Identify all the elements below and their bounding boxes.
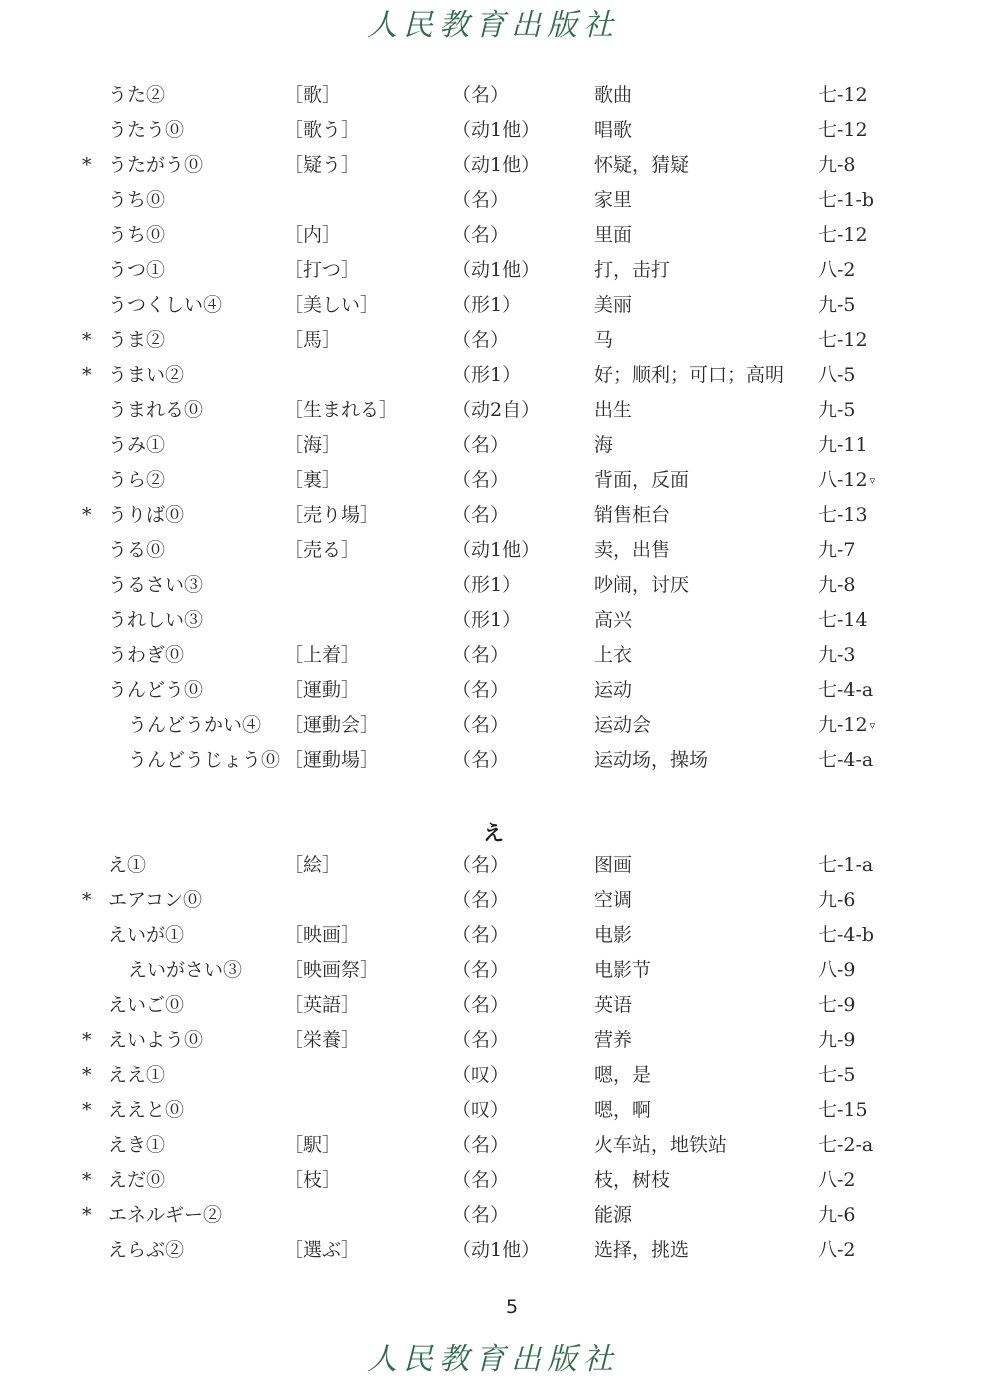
entry-reading: うら② (108, 463, 165, 498)
lesson-ref-text: 九-8 (818, 574, 856, 596)
entry-meaning: 背面，反面 (594, 463, 689, 498)
entry-kanji: ［歌］ (284, 78, 341, 113)
entry-part-of-speech: （形1） (452, 568, 521, 603)
entry-reading: うまい② (108, 358, 184, 393)
entry-kanji: ［運動場］ (284, 743, 379, 778)
lesson-ref-text: 九-8 (818, 154, 856, 176)
vocab-entry: えいが①［映画］（名）电影七-4-b (0, 918, 986, 953)
entry-lesson-ref: 九-5 (818, 288, 856, 323)
entry-reading: うんどうじょう⓪ (128, 743, 280, 778)
entry-part-of-speech: （名） (452, 1198, 509, 1233)
lesson-ref-text: 七-12 (818, 84, 868, 106)
entry-meaning: 嗯，啊 (594, 1093, 651, 1128)
vocab-entry: うみ①［海］（名）海九-11 (0, 428, 986, 463)
entry-part-of-speech: （名） (452, 848, 509, 883)
entry-meaning: 打，击打 (594, 253, 670, 288)
entry-meaning: 图画 (594, 848, 632, 883)
entry-lesson-ref: 九-8 (818, 568, 856, 603)
entry-meaning: 枝，树枝 (594, 1163, 670, 1198)
vocab-entry: え①［絵］（名）图画七-1-a (0, 848, 986, 883)
entry-lesson-ref: 七-1-b (818, 183, 874, 218)
entry-reading: うりば⓪ (108, 498, 184, 533)
vocab-entry: うわぎ⓪［上着］（名）上衣九-3 (0, 638, 986, 673)
vocab-entry: うるさい③（形1）吵闹，讨厌九-8 (0, 568, 986, 603)
section-heading: え (0, 778, 986, 848)
entry-lesson-ref: 八-2 (818, 1233, 856, 1268)
entry-kanji: ［枝］ (284, 1163, 341, 1198)
entry-kanji: ［映画祭］ (284, 953, 379, 988)
entry-reading: えき① (108, 1128, 165, 1163)
entry-part-of-speech: （名） (452, 638, 509, 673)
entry-lesson-ref: 九-7 (818, 533, 856, 568)
entry-meaning: 美丽 (594, 288, 632, 323)
new-word-marker: * (82, 883, 92, 918)
entry-reading: えらぶ② (108, 1233, 184, 1268)
lesson-ref-text: 九-12 (818, 714, 868, 736)
lesson-ref-text: 七-15 (818, 1099, 868, 1121)
new-word-marker: * (82, 1023, 92, 1058)
entry-kanji: ［打つ］ (284, 253, 360, 288)
vocab-entry: うんどうじょう⓪［運動場］（名）运动场，操场七-4-a (0, 743, 986, 778)
lesson-ref-text: 七-4-b (818, 924, 874, 946)
entry-reading: ええ① (108, 1058, 165, 1093)
entry-part-of-speech: （形1） (452, 358, 521, 393)
entry-part-of-speech: （叹） (452, 1093, 509, 1128)
vocab-entry: うち⓪［内］（名）里面七-12 (0, 218, 986, 253)
vocab-entry: *えだ⓪［枝］（名）枝，树枝八-2 (0, 1163, 986, 1198)
entry-kanji: ［美しい］ (284, 288, 379, 323)
vocab-entry: *エアコン⓪（名）空调九-6 (0, 883, 986, 918)
vocab-entry: うんどうかい④［運動会］（名）运动会九-12▿ (0, 708, 986, 743)
entry-part-of-speech: （名） (452, 1023, 509, 1058)
entry-meaning: 电影 (594, 918, 632, 953)
entry-part-of-speech: （形1） (452, 603, 521, 638)
entry-kanji: ［運動会］ (284, 708, 379, 743)
entry-meaning: 能源 (594, 1198, 632, 1233)
entry-part-of-speech: （名） (452, 183, 509, 218)
vocabulary-list: うた②［歌］（名）歌曲七-12うたう⓪［歌う］（动1他）唱歌七-12*うたがう⓪… (0, 78, 986, 1268)
lesson-ref-text: 七-4-a (818, 679, 873, 701)
lesson-ref-text: 八-5 (818, 364, 856, 386)
new-word-marker: * (82, 148, 92, 183)
lesson-ref-text: 七-1-a (818, 854, 873, 876)
vocab-entry: うた②［歌］（名）歌曲七-12 (0, 78, 986, 113)
entry-part-of-speech: （名） (452, 1128, 509, 1163)
entry-part-of-speech: （名） (452, 78, 509, 113)
lesson-ref-text: 九-9 (818, 1029, 856, 1051)
entry-lesson-ref: 七-15 (818, 1093, 868, 1128)
entry-kanji: ［英語］ (284, 988, 360, 1023)
entry-part-of-speech: （名） (452, 988, 509, 1023)
entry-lesson-ref: 七-12 (818, 78, 868, 113)
entry-reading: うた② (108, 78, 165, 113)
entry-meaning: 歌曲 (594, 78, 632, 113)
entry-part-of-speech: （动2自） (452, 393, 540, 428)
entry-part-of-speech: （名） (452, 708, 509, 743)
entry-reading: うち⓪ (108, 183, 165, 218)
vocab-entry: うる⓪［売る］（动1他）卖，出售九-7 (0, 533, 986, 568)
entry-meaning: 怀疑，猜疑 (594, 148, 689, 183)
entry-reading: ええと⓪ (108, 1093, 184, 1128)
entry-reading: うんどうかい④ (128, 708, 261, 743)
entry-lesson-ref: 七-12 (818, 218, 868, 253)
new-word-marker: * (82, 498, 92, 533)
entry-part-of-speech: （名） (452, 218, 509, 253)
new-word-marker: * (82, 323, 92, 358)
lesson-ref-text: 七-9 (818, 994, 856, 1016)
lesson-ref-text: 七-12 (818, 119, 868, 141)
entry-reading: えいが① (108, 918, 184, 953)
lesson-ref-text: 八-2 (818, 1169, 856, 1191)
section-heading-label: え (483, 818, 504, 848)
entry-meaning: 销售柜台 (594, 498, 670, 533)
vocab-entry: *うたがう⓪［疑う］（动1他）怀疑，猜疑九-8 (0, 148, 986, 183)
entry-part-of-speech: （名） (452, 463, 509, 498)
entry-meaning: 高兴 (594, 603, 632, 638)
entry-part-of-speech: （动1他） (452, 533, 540, 568)
lesson-ref-text: 七-5 (818, 1064, 856, 1086)
publisher-logo: 人民教育出版社 (0, 6, 986, 46)
entry-lesson-ref: 八-9 (818, 953, 856, 988)
entry-meaning: 唱歌 (594, 113, 632, 148)
lesson-ref-text: 七-13 (818, 504, 868, 526)
entry-part-of-speech: （名） (452, 673, 509, 708)
lesson-ref-text: 七-1-b (818, 189, 874, 211)
lesson-ref-text: 九-3 (818, 644, 856, 666)
entry-lesson-ref: 九-11 (818, 428, 868, 463)
entry-meaning: 运动场，操场 (594, 743, 708, 778)
entry-reading: うんどう⓪ (108, 673, 203, 708)
entry-kanji: ［運動］ (284, 673, 360, 708)
entry-part-of-speech: （动1他） (452, 1233, 540, 1268)
vocab-entry: えき①［駅］（名）火车站，地铁站七-2-a (0, 1128, 986, 1163)
entry-reading: うま② (108, 323, 165, 358)
lesson-ref-text: 八-9 (818, 959, 856, 981)
entry-lesson-ref: 七-1-a (818, 848, 873, 883)
entry-reading: うるさい③ (108, 568, 203, 603)
entry-lesson-ref: 七-4-a (818, 743, 873, 778)
entry-kanji: ［上着］ (284, 638, 360, 673)
vocab-entry: *うま②［馬］（名）马七-12 (0, 323, 986, 358)
vocab-entry: うたう⓪［歌う］（动1他）唱歌七-12 (0, 113, 986, 148)
entry-lesson-ref: 七-9 (818, 988, 856, 1023)
entry-part-of-speech: （名） (452, 1163, 509, 1198)
entry-part-of-speech: （名） (452, 743, 509, 778)
entry-kanji: ［生まれる］ (284, 393, 398, 428)
entry-kanji: ［駅］ (284, 1128, 341, 1163)
entry-lesson-ref: 九-6 (818, 1198, 856, 1233)
entry-part-of-speech: （名） (452, 498, 509, 533)
entry-reading: うわぎ⓪ (108, 638, 184, 673)
entry-lesson-ref: 八-2 (818, 253, 856, 288)
vocab-entry: えらぶ②［選ぶ］（动1他）选择，挑选八-2 (0, 1233, 986, 1268)
entry-reading: えいよう⓪ (108, 1023, 203, 1058)
triangle-mark-icon: ▿ (870, 719, 876, 732)
new-word-marker: * (82, 1198, 92, 1233)
entry-kanji: ［歌う］ (284, 113, 360, 148)
entry-reading: えいご⓪ (108, 988, 184, 1023)
lesson-ref-text: 九-5 (818, 399, 856, 421)
entry-part-of-speech: （叹） (452, 1058, 509, 1093)
entry-lesson-ref: 九-6 (818, 883, 856, 918)
entry-meaning: 空调 (594, 883, 632, 918)
vocab-entry: えいがさい③［映画祭］（名）电影节八-9 (0, 953, 986, 988)
entry-lesson-ref: 八-12▿ (818, 463, 875, 498)
entry-meaning: 运动 (594, 673, 632, 708)
entry-part-of-speech: （动1他） (452, 148, 540, 183)
entry-lesson-ref: 七-2-a (818, 1128, 873, 1163)
entry-part-of-speech: （名） (452, 323, 509, 358)
entry-part-of-speech: （名） (452, 953, 509, 988)
entry-lesson-ref: 七-4-b (818, 918, 874, 953)
vocab-entry: *うりば⓪［売り場］（名）销售柜台七-13 (0, 498, 986, 533)
entry-lesson-ref: 九-9 (818, 1023, 856, 1058)
vocab-entry: うんどう⓪［運動］（名）运动七-4-a (0, 673, 986, 708)
new-word-marker: * (82, 1093, 92, 1128)
page-number: 5 (0, 1296, 986, 1318)
entry-part-of-speech: （名） (452, 428, 509, 463)
triangle-mark-icon: ▿ (870, 474, 876, 487)
entry-kanji: ［売り場］ (284, 498, 379, 533)
entry-lesson-ref: 九-8 (818, 148, 856, 183)
entry-meaning: 出生 (594, 393, 632, 428)
lesson-ref-text: 八-2 (818, 1239, 856, 1261)
entry-meaning: 选择，挑选 (594, 1233, 689, 1268)
entry-part-of-speech: （动1他） (452, 113, 540, 148)
entry-reading: エネルギー② (108, 1198, 222, 1233)
entry-kanji: ［疑う］ (284, 148, 360, 183)
vocab-entry: うつ①［打つ］（动1他）打，击打八-2 (0, 253, 986, 288)
entry-part-of-speech: （动1他） (452, 253, 540, 288)
entry-reading: うたがう⓪ (108, 148, 203, 183)
entry-kanji: ［馬］ (284, 323, 341, 358)
entry-kanji: ［映画］ (284, 918, 360, 953)
lesson-ref-text: 九-6 (818, 1204, 856, 1226)
lesson-ref-text: 八-12 (818, 469, 868, 491)
entry-meaning: 电影节 (594, 953, 651, 988)
lesson-ref-text: 八-2 (818, 259, 856, 281)
lesson-ref-text: 七-4-a (818, 749, 873, 771)
lesson-ref-text: 七-12 (818, 329, 868, 351)
new-word-marker: * (82, 358, 92, 393)
entry-meaning: 好；顺利；可口；高明 (594, 358, 784, 393)
entry-part-of-speech: （形1） (452, 288, 521, 323)
entry-kanji: ［売る］ (284, 533, 360, 568)
entry-lesson-ref: 九-5 (818, 393, 856, 428)
entry-kanji: ［栄養］ (284, 1023, 360, 1058)
entry-reading: うち⓪ (108, 218, 165, 253)
lesson-ref-text: 九-11 (818, 434, 868, 456)
entry-lesson-ref: 八-2 (818, 1163, 856, 1198)
vocab-entry: *ええと⓪（叹）嗯，啊七-15 (0, 1093, 986, 1128)
entry-lesson-ref: 七-14 (818, 603, 868, 638)
vocab-entry: うれしい③（形1）高兴七-14 (0, 603, 986, 638)
lesson-ref-text: 七-14 (818, 609, 868, 631)
entry-meaning: 卖，出售 (594, 533, 670, 568)
lesson-ref-text: 七-2-a (818, 1134, 873, 1156)
entry-reading: え① (108, 848, 146, 883)
entry-meaning: 家里 (594, 183, 632, 218)
vocab-entry: うまれる⓪［生まれる］（动2自）出生九-5 (0, 393, 986, 428)
vocab-entry: *えいよう⓪［栄養］（名）营养九-9 (0, 1023, 986, 1058)
new-word-marker: * (82, 1058, 92, 1093)
entry-reading: うつくしい④ (108, 288, 222, 323)
vocab-entry: *ええ①（叹）嗯，是七-5 (0, 1058, 986, 1093)
entry-reading: うれしい③ (108, 603, 203, 638)
lesson-ref-text: 七-12 (818, 224, 868, 246)
entry-part-of-speech: （名） (452, 883, 509, 918)
entry-meaning: 里面 (594, 218, 632, 253)
entry-kanji: ［選ぶ］ (284, 1233, 360, 1268)
entry-meaning: 海 (594, 428, 613, 463)
vocab-entry: うら②［裏］（名）背面，反面八-12▿ (0, 463, 986, 498)
entry-lesson-ref: 七-4-a (818, 673, 873, 708)
entry-lesson-ref: 九-12▿ (818, 708, 875, 743)
vocab-entry: *うまい②（形1）好；顺利；可口；高明八-5 (0, 358, 986, 393)
entry-lesson-ref: 九-3 (818, 638, 856, 673)
entry-meaning: 营养 (594, 1023, 632, 1058)
entry-kanji: ［海］ (284, 428, 341, 463)
entry-reading: えだ⓪ (108, 1163, 165, 1198)
vocab-entry: えいご⓪［英語］（名）英语七-9 (0, 988, 986, 1023)
entry-reading: うたう⓪ (108, 113, 184, 148)
lesson-ref-text: 九-7 (818, 539, 856, 561)
entry-meaning: 马 (594, 323, 613, 358)
entry-meaning: 运动会 (594, 708, 651, 743)
entry-meaning: 嗯，是 (594, 1058, 651, 1093)
entry-meaning: 吵闹，讨厌 (594, 568, 689, 603)
entry-kanji: ［内］ (284, 218, 341, 253)
publisher-logo-footer: 人民教育出版社 (0, 1340, 986, 1380)
vocab-entry: うつくしい④［美しい］（形1）美丽九-5 (0, 288, 986, 323)
entry-kanji: ［絵］ (284, 848, 341, 883)
entry-reading: うまれる⓪ (108, 393, 203, 428)
entry-part-of-speech: （名） (452, 918, 509, 953)
entry-reading: うつ① (108, 253, 165, 288)
entry-meaning: 火车站，地铁站 (594, 1128, 727, 1163)
entry-lesson-ref: 七-13 (818, 498, 868, 533)
entry-lesson-ref: 八-5 (818, 358, 856, 393)
entry-reading: うみ① (108, 428, 165, 463)
entry-meaning: 上衣 (594, 638, 632, 673)
vocab-entry: うち⓪（名）家里七-1-b (0, 183, 986, 218)
entry-kanji: ［裏］ (284, 463, 341, 498)
entry-reading: えいがさい③ (128, 953, 242, 988)
entry-meaning: 英语 (594, 988, 632, 1023)
lesson-ref-text: 九-5 (818, 294, 856, 316)
entry-lesson-ref: 七-12 (818, 323, 868, 358)
entry-reading: うる⓪ (108, 533, 165, 568)
entry-lesson-ref: 七-5 (818, 1058, 856, 1093)
vocab-entry: *エネルギー②（名）能源九-6 (0, 1198, 986, 1233)
entry-reading: エアコン⓪ (108, 883, 202, 918)
new-word-marker: * (82, 1163, 92, 1198)
entry-lesson-ref: 七-12 (818, 113, 868, 148)
lesson-ref-text: 九-6 (818, 889, 856, 911)
